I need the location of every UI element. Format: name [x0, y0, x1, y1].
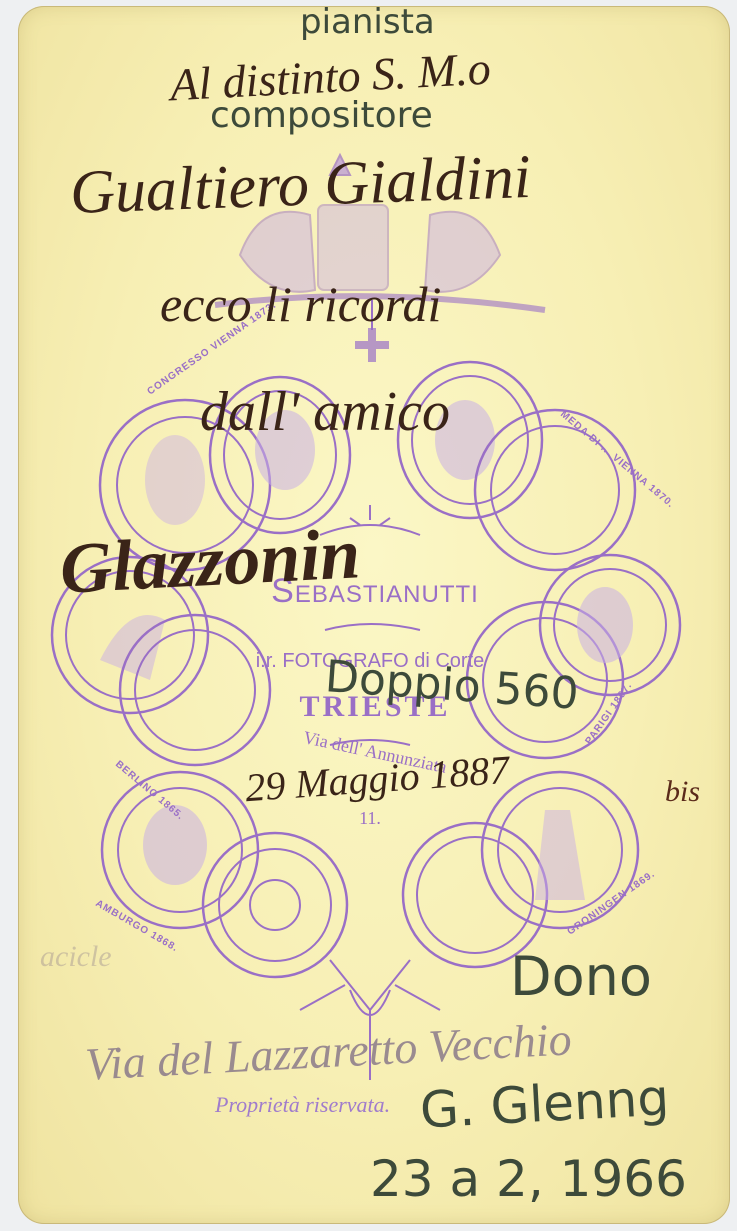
dedication-signature: Glazzonin	[58, 512, 362, 611]
dedication-line-5: dall' amico	[200, 380, 450, 444]
svg-text:PARIGI 1867.: PARIGI 1867.	[583, 680, 634, 747]
pencil-note-pianista: pianista	[300, 2, 435, 42]
pencil-note-dono: Dono	[510, 945, 652, 1008]
faded-note-left: acicle	[40, 940, 112, 974]
svg-text:MEDA DI ... VIENNA 1870.: MEDA DI ... VIENNA 1870.	[558, 409, 676, 511]
dedication-line-4: ecco li ricordi	[160, 275, 441, 333]
pencil-note-compositore: compositore	[210, 95, 433, 136]
pencil-donation-date: 23 a 2, 1966	[370, 1150, 687, 1208]
svg-text:BERLINO 1865.: BERLINO 1865.	[113, 759, 186, 823]
studio-street-number: 11.	[345, 808, 395, 829]
medal-groningen-1869	[403, 772, 638, 967]
pencil-note-bis: bis	[665, 775, 700, 809]
